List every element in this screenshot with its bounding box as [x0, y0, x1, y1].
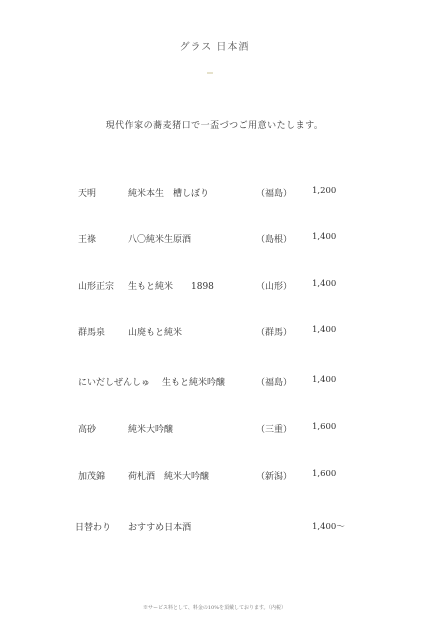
sake-region: （三重）	[256, 422, 292, 435]
sake-name: 加茂錦	[78, 469, 105, 482]
sake-price: 1,400	[312, 375, 336, 385]
daily-name: 日替わり	[75, 520, 111, 533]
sake-region: （新潟）	[256, 469, 292, 482]
sake-name: 王祿	[78, 232, 96, 245]
menu-item: 群馬泉 山廃もと純米 （群馬） 1,400	[0, 325, 429, 339]
service-charge-note: ※サービス料として、料金の10%を頂戴しております。（内税）	[0, 604, 429, 611]
sake-region: （福島）	[256, 186, 292, 199]
sake-type: 荷札酒 純米大吟醸	[128, 469, 209, 482]
menu-item: 王祿 八〇純米生原酒 （島根） 1,400	[0, 232, 429, 246]
daily-price: 1,400～	[312, 520, 345, 532]
menu-item: 天明 純米本生 槽しぼり （福島） 1,200	[0, 186, 429, 200]
sake-type: 生もと純米 1898	[128, 279, 214, 292]
sake-price: 1,400	[312, 232, 336, 242]
sake-price: 1,400	[312, 325, 336, 335]
daily-type: おすすめ日本酒	[128, 520, 191, 533]
sake-type: 純米大吟醸	[128, 422, 173, 435]
sake-name: にいだしぜんしゅ	[78, 375, 150, 388]
ornament-divider	[207, 72, 213, 74]
sake-type: 山廃もと純米	[128, 325, 182, 338]
sake-type: 生もと純米吟醸	[162, 375, 225, 388]
sake-name: 天明	[78, 186, 96, 199]
sake-price: 1,600	[312, 469, 336, 479]
menu-item-daily: 日替わり おすすめ日本酒 1,400～	[0, 520, 429, 534]
menu-item: 山形正宗 生もと純米 1898 （山形） 1,400	[0, 279, 429, 293]
sake-name: 群馬泉	[78, 325, 105, 338]
sake-price: 1,400	[312, 279, 336, 289]
sake-region: （群馬）	[256, 325, 292, 338]
sake-region: （島根）	[256, 232, 292, 245]
menu-item: にいだしぜんしゅ 生もと純米吟醸 （福島） 1,400	[0, 375, 429, 389]
sake-price: 1,600	[312, 422, 336, 432]
menu-item: 高砂 純米大吟醸 （三重） 1,600	[0, 422, 429, 436]
sake-region: （福島）	[256, 375, 292, 388]
sake-region: （山形）	[256, 279, 292, 292]
sake-name: 高砂	[78, 422, 96, 435]
menu-title: グラス 日本酒	[0, 38, 429, 53]
menu-item: 加茂錦 荷札酒 純米大吟醸 （新潟） 1,600	[0, 469, 429, 483]
sake-type: 純米本生 槽しぼり	[128, 186, 209, 199]
sake-price: 1,200	[312, 186, 336, 196]
menu-intro: 現代作家の蕎麦猪口で一盃づつご用意いたします。	[0, 118, 429, 131]
sake-type: 八〇純米生原酒	[128, 232, 191, 245]
sake-name: 山形正宗	[78, 279, 114, 292]
